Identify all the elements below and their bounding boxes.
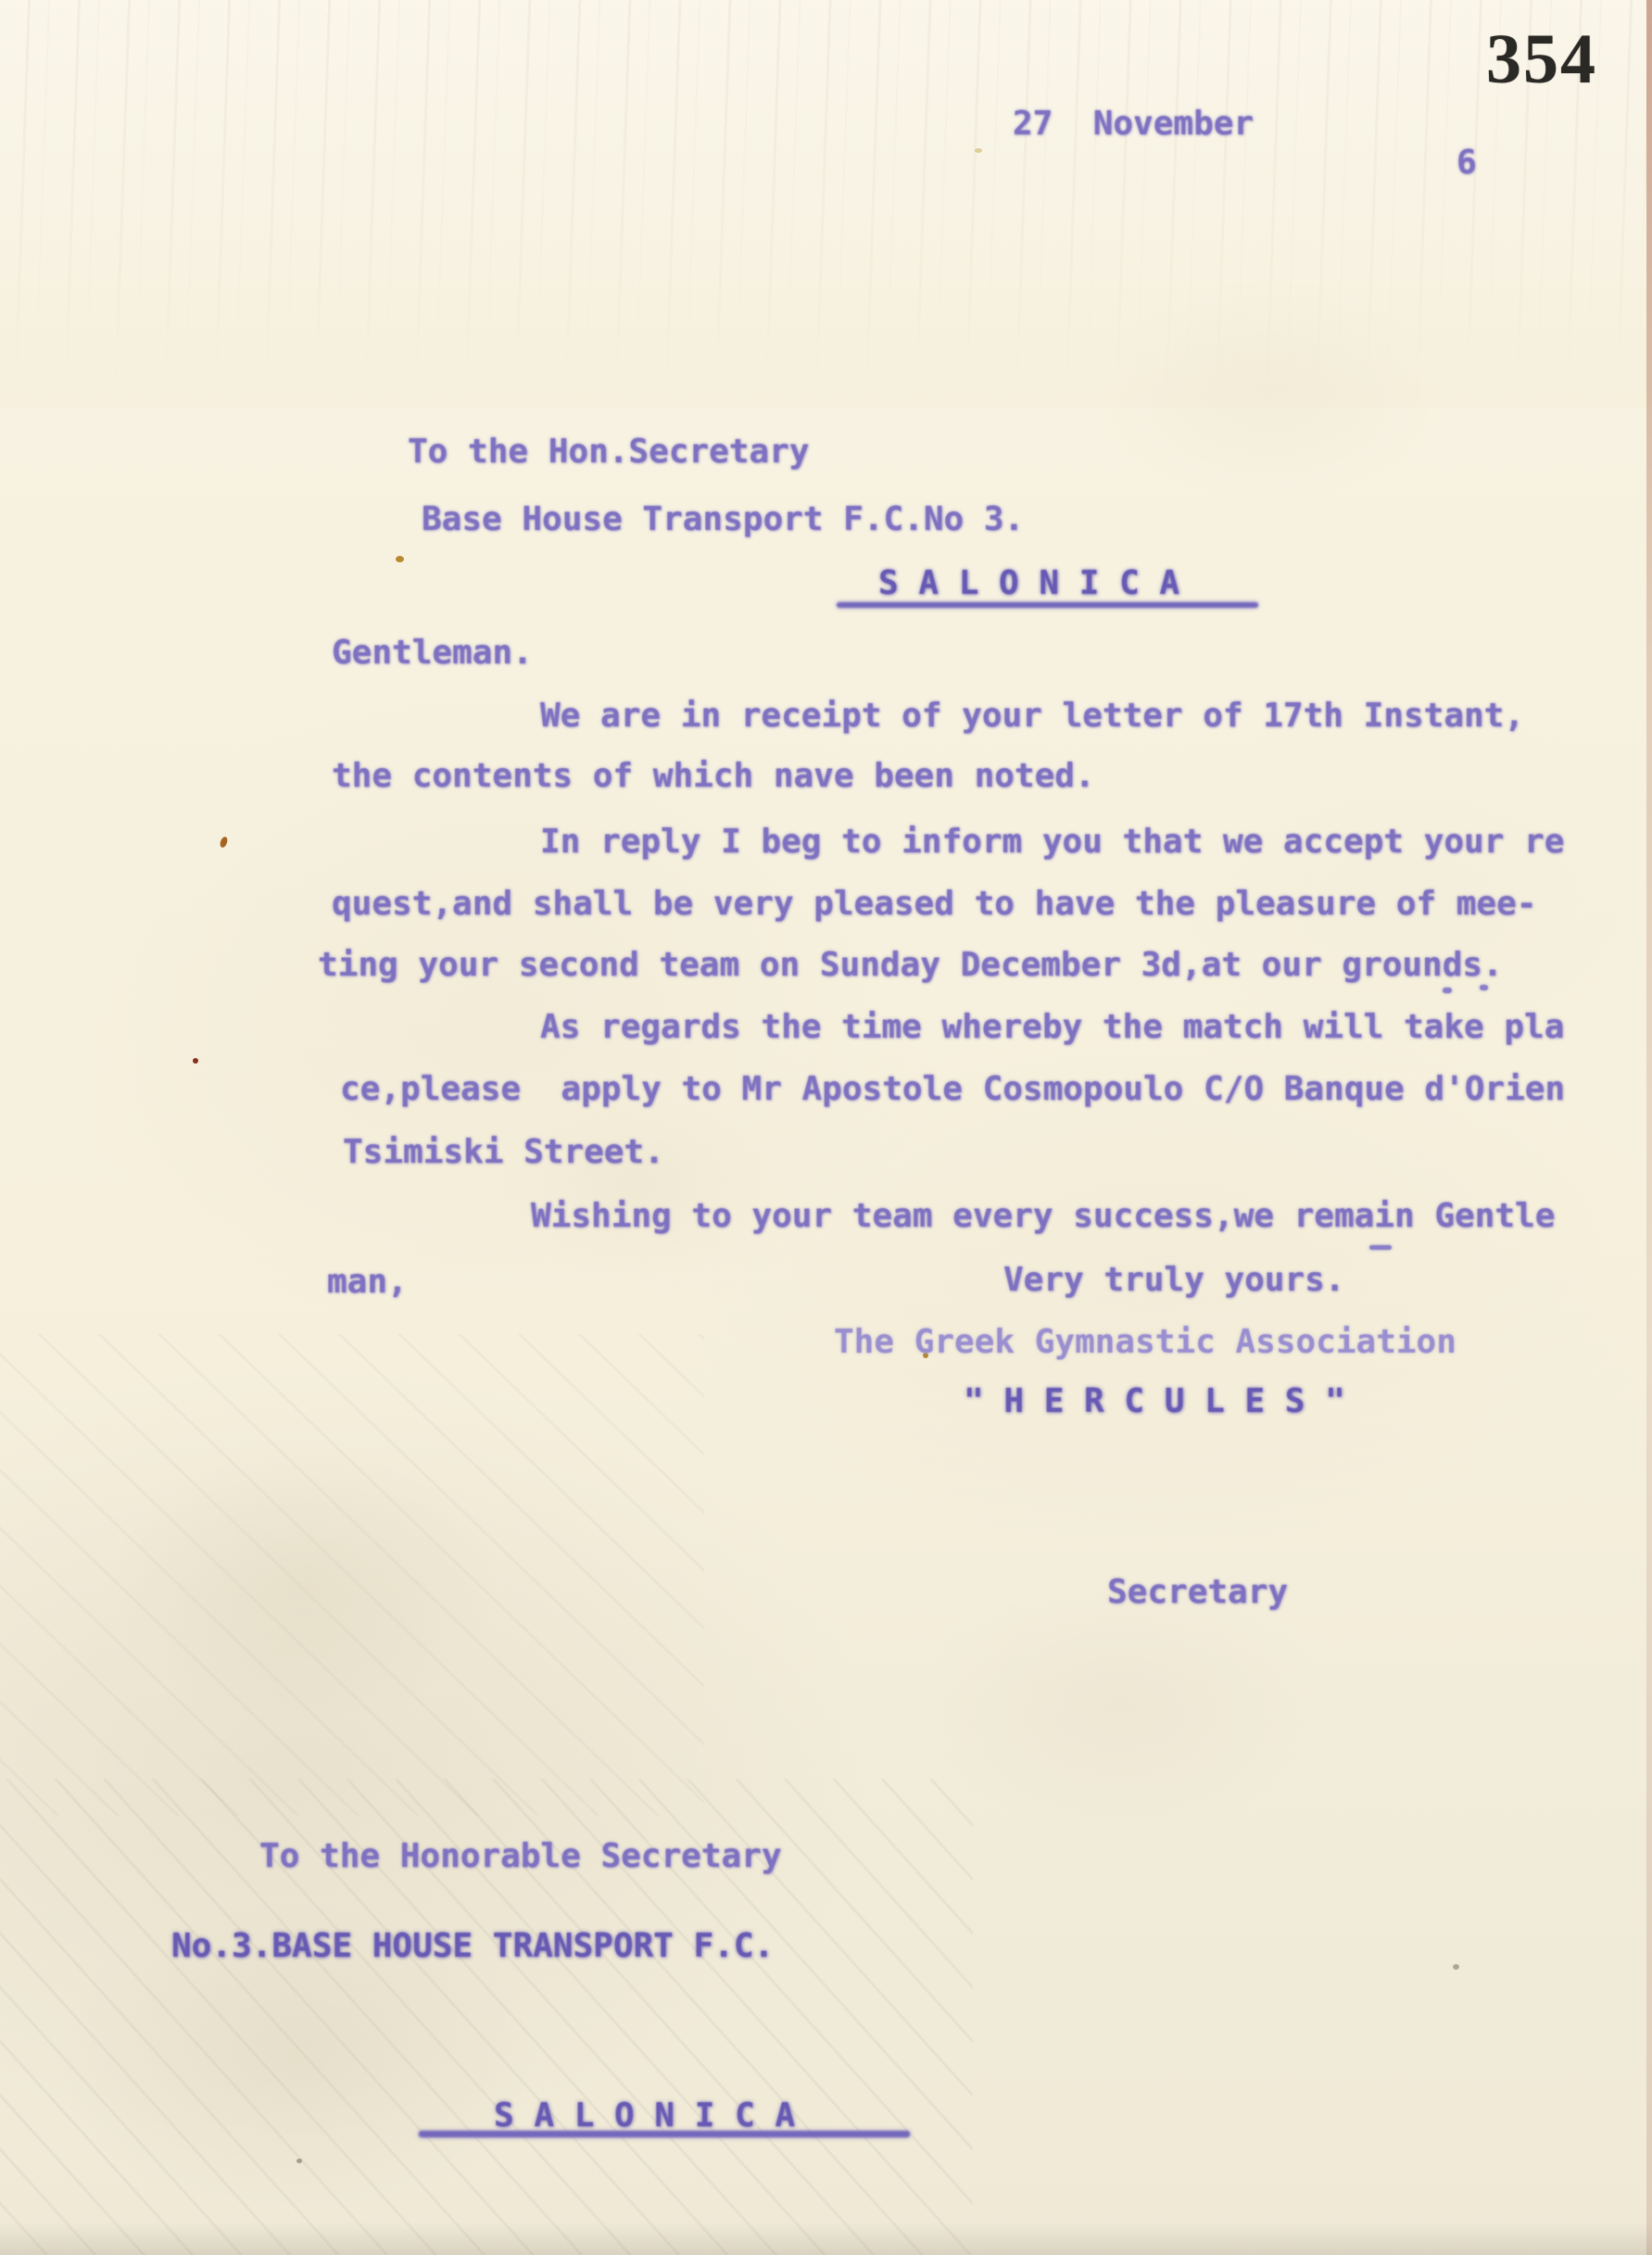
body-line-10: man, bbox=[327, 1266, 408, 1299]
stain-blob bbox=[1093, 278, 1445, 500]
city-underline-top bbox=[837, 602, 1258, 608]
stain-speck bbox=[975, 148, 982, 153]
closing-organization-name: " H E R C U L E S " bbox=[964, 1385, 1345, 1418]
stain-speck bbox=[193, 1058, 198, 1064]
stray-dot-mark bbox=[1480, 985, 1488, 990]
body-line-7: ce,please apply to Mr Apostole Cosmopoul… bbox=[340, 1073, 1565, 1106]
body-line-4: quest,and shall be very pleased to have … bbox=[332, 888, 1536, 921]
page-number-stamp: 354 bbox=[1486, 24, 1597, 94]
letter-date: 27 November bbox=[1013, 107, 1254, 141]
stain-blob bbox=[500, 1093, 778, 1279]
footer-address-line-2: No.3.BASE HOUSE TRANSPORT F.C. bbox=[171, 1930, 774, 1963]
body-line-5: ting your second team on Sunday December… bbox=[318, 949, 1503, 982]
body-line-9: Wishing to your team every success,we re… bbox=[531, 1200, 1555, 1233]
valediction: Very truly yours. bbox=[1003, 1264, 1344, 1297]
recipient-city: S A L O N I C A bbox=[878, 567, 1179, 600]
salutation: Gentleman. bbox=[332, 636, 533, 670]
stray-dash-mark bbox=[1369, 1245, 1392, 1250]
scan-right-edge bbox=[1646, 0, 1652, 2255]
body-line-6: As regards the time whereby the match wi… bbox=[540, 1011, 1564, 1044]
recipient-line-2: Base House Transport F.C.No 3. bbox=[422, 503, 1024, 536]
city-underline-bottom bbox=[419, 2131, 910, 2137]
recipient-line-1: To the Hon.Secretary bbox=[408, 435, 809, 469]
stain-speck bbox=[219, 836, 229, 849]
stain-speck bbox=[1453, 1964, 1459, 1970]
copy-number: 6 bbox=[1457, 146, 1477, 180]
stain-speck bbox=[396, 556, 404, 562]
footer-address-line-1: To the Honorable Secretary bbox=[259, 1840, 782, 1873]
body-line-8: Tsimiski Street. bbox=[343, 1136, 664, 1169]
stain-blob bbox=[908, 1575, 1334, 1834]
scan-bottom-edge bbox=[0, 2222, 1652, 2255]
stain-speck bbox=[296, 2159, 302, 2163]
letter-page: 354 27 November 6 To the Hon.Secretary B… bbox=[0, 0, 1652, 2255]
closing-organization: The Greek Gymnastic Association bbox=[834, 1326, 1457, 1359]
stain-blob bbox=[111, 1445, 500, 1723]
body-line-1: We are in receipt of your letter of 17th… bbox=[540, 699, 1524, 733]
stray-dot-mark bbox=[1443, 988, 1452, 993]
signer-title: Secretary bbox=[1107, 1576, 1288, 1609]
body-line-2: the contents of which nave been noted. bbox=[332, 760, 1095, 793]
footer-address-city: S A L O N I C A bbox=[494, 2099, 795, 2133]
body-line-3: In reply I beg to inform you that we acc… bbox=[540, 825, 1564, 859]
